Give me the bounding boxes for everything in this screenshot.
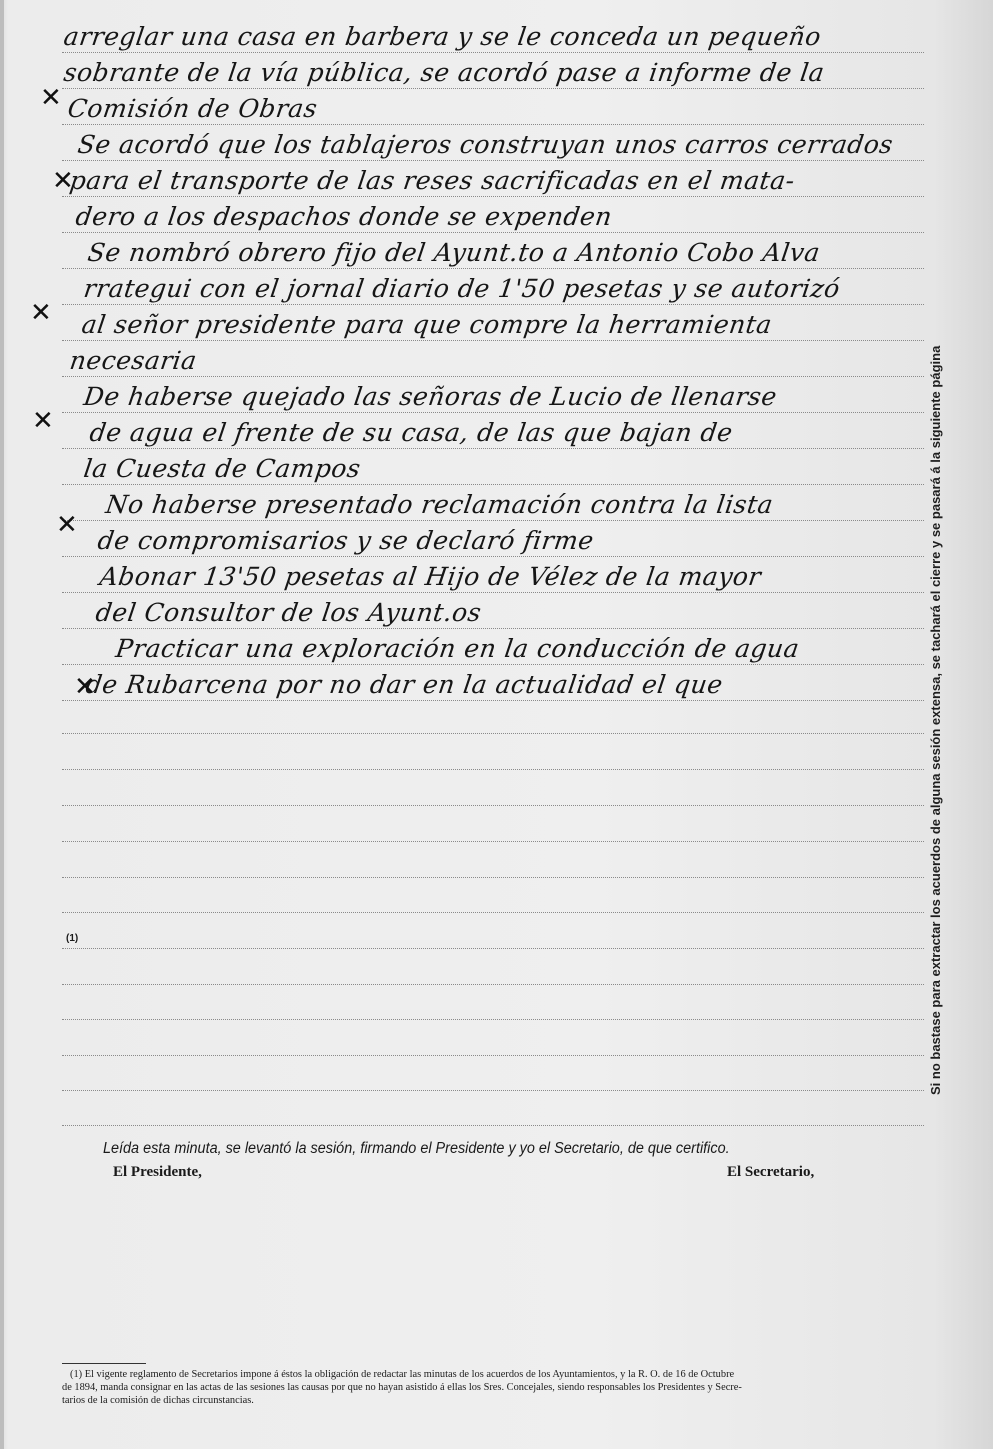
- handwritten-line: sobrante de la vía pública, se acordó pa…: [62, 58, 826, 87]
- handwritten-line: No haberse presentado reclamación contra…: [104, 490, 775, 519]
- cross-mark-icon: ✕: [32, 408, 54, 434]
- ruled-line: [62, 196, 924, 197]
- handwritten-line: necesaria: [68, 346, 199, 375]
- ruled-line: [62, 88, 924, 89]
- handwritten-line: de compromisarios y se declaró firme: [96, 526, 596, 555]
- ruled-line: [62, 769, 924, 770]
- ruled-line: [62, 52, 924, 53]
- ruled-line: [62, 556, 924, 557]
- ruled-line: [62, 841, 924, 842]
- closing-statement: Leída esta minuta, se levantó la sesión,…: [103, 1140, 730, 1158]
- ruled-line: [62, 412, 924, 413]
- handwritten-line: arreglar una casa en barbera y se le con…: [62, 22, 823, 51]
- handwritten-line: Abonar 13'50 pesetas al Hijo de Vélez de…: [98, 562, 763, 591]
- footnote: (1) El vigente reglamento de Secretarios…: [62, 1368, 924, 1407]
- handwritten-line: dero a los despachos donde se expenden: [74, 202, 614, 231]
- cross-mark-icon: ✕: [74, 674, 96, 700]
- handwritten-line: rrategui con el jornal diario de 1'50 pe…: [82, 274, 842, 303]
- ruled-line: [62, 232, 924, 233]
- ruled-line: [62, 160, 924, 161]
- footnote-line: (1) El vigente reglamento de Secretarios…: [62, 1368, 924, 1381]
- handwritten-line: Practicar una exploración en la conducci…: [114, 634, 801, 663]
- ruled-line: [62, 592, 924, 593]
- ruled-line: [62, 1090, 924, 1091]
- ruled-line: [62, 1019, 924, 1020]
- handwritten-line: al señor presidente para que compre la h…: [80, 310, 774, 339]
- ruled-line: [62, 1125, 924, 1126]
- document-page: arreglar una casa en barbera y se le con…: [0, 0, 993, 1449]
- ruled-line: [62, 912, 924, 913]
- cross-mark-icon: ✕: [30, 300, 52, 326]
- ruled-line: [62, 948, 924, 949]
- handwritten-line: Se nombró obrero fijo del Ayunt.to a Ant…: [86, 238, 822, 267]
- ruled-line: [62, 268, 924, 269]
- ruled-line: [62, 700, 924, 701]
- side-instruction: Si no bastase para extractar los acuerdo…: [928, 346, 943, 1095]
- ruled-line: [62, 448, 924, 449]
- footnote-marker: (1): [66, 933, 78, 944]
- cross-mark-icon: ✕: [52, 168, 74, 194]
- ruled-line: [62, 376, 924, 377]
- ruled-line: [62, 520, 924, 521]
- handwritten-line: para el transporte de las reses sacrific…: [68, 166, 797, 195]
- ruled-line: [62, 805, 924, 806]
- ruled-line: [62, 124, 924, 125]
- ruled-line: [62, 664, 924, 665]
- secretary-signature-label: El Secretario,: [727, 1164, 814, 1181]
- ruled-line: [62, 877, 924, 878]
- ruled-line: [62, 733, 924, 734]
- handwritten-line: del Consultor de los Ayunt.os: [94, 598, 483, 627]
- president-signature-label: El Presidente,: [113, 1164, 202, 1181]
- ruled-line: [62, 1055, 924, 1056]
- ruled-line: [62, 304, 924, 305]
- handwritten-line: de Rubarcena por no dar en la actualidad…: [84, 670, 725, 699]
- footnote-line: de 1894, manda consignar en las actas de…: [62, 1381, 924, 1394]
- ruled-line: [62, 628, 924, 629]
- handwritten-line: la Cuesta de Campos: [82, 454, 363, 483]
- handwritten-line: De haberse quejado las señoras de Lucio …: [82, 382, 779, 411]
- ruled-line: [62, 340, 924, 341]
- handwritten-line: Se acordó que los tablajeros construyan …: [76, 130, 895, 159]
- handwritten-line: de agua el frente de su casa, de las que…: [88, 418, 735, 447]
- ruled-line: [62, 984, 924, 985]
- footnote-line: tarios de la comisión de dichas circunst…: [62, 1394, 924, 1407]
- page-binding-edge: [0, 0, 4, 1449]
- ruled-line: [62, 484, 924, 485]
- footnote-divider: [62, 1363, 146, 1364]
- cross-mark-icon: ✕: [40, 85, 62, 111]
- handwritten-line: Comisión de Obras: [66, 94, 319, 123]
- cross-mark-icon: ✕: [56, 512, 78, 538]
